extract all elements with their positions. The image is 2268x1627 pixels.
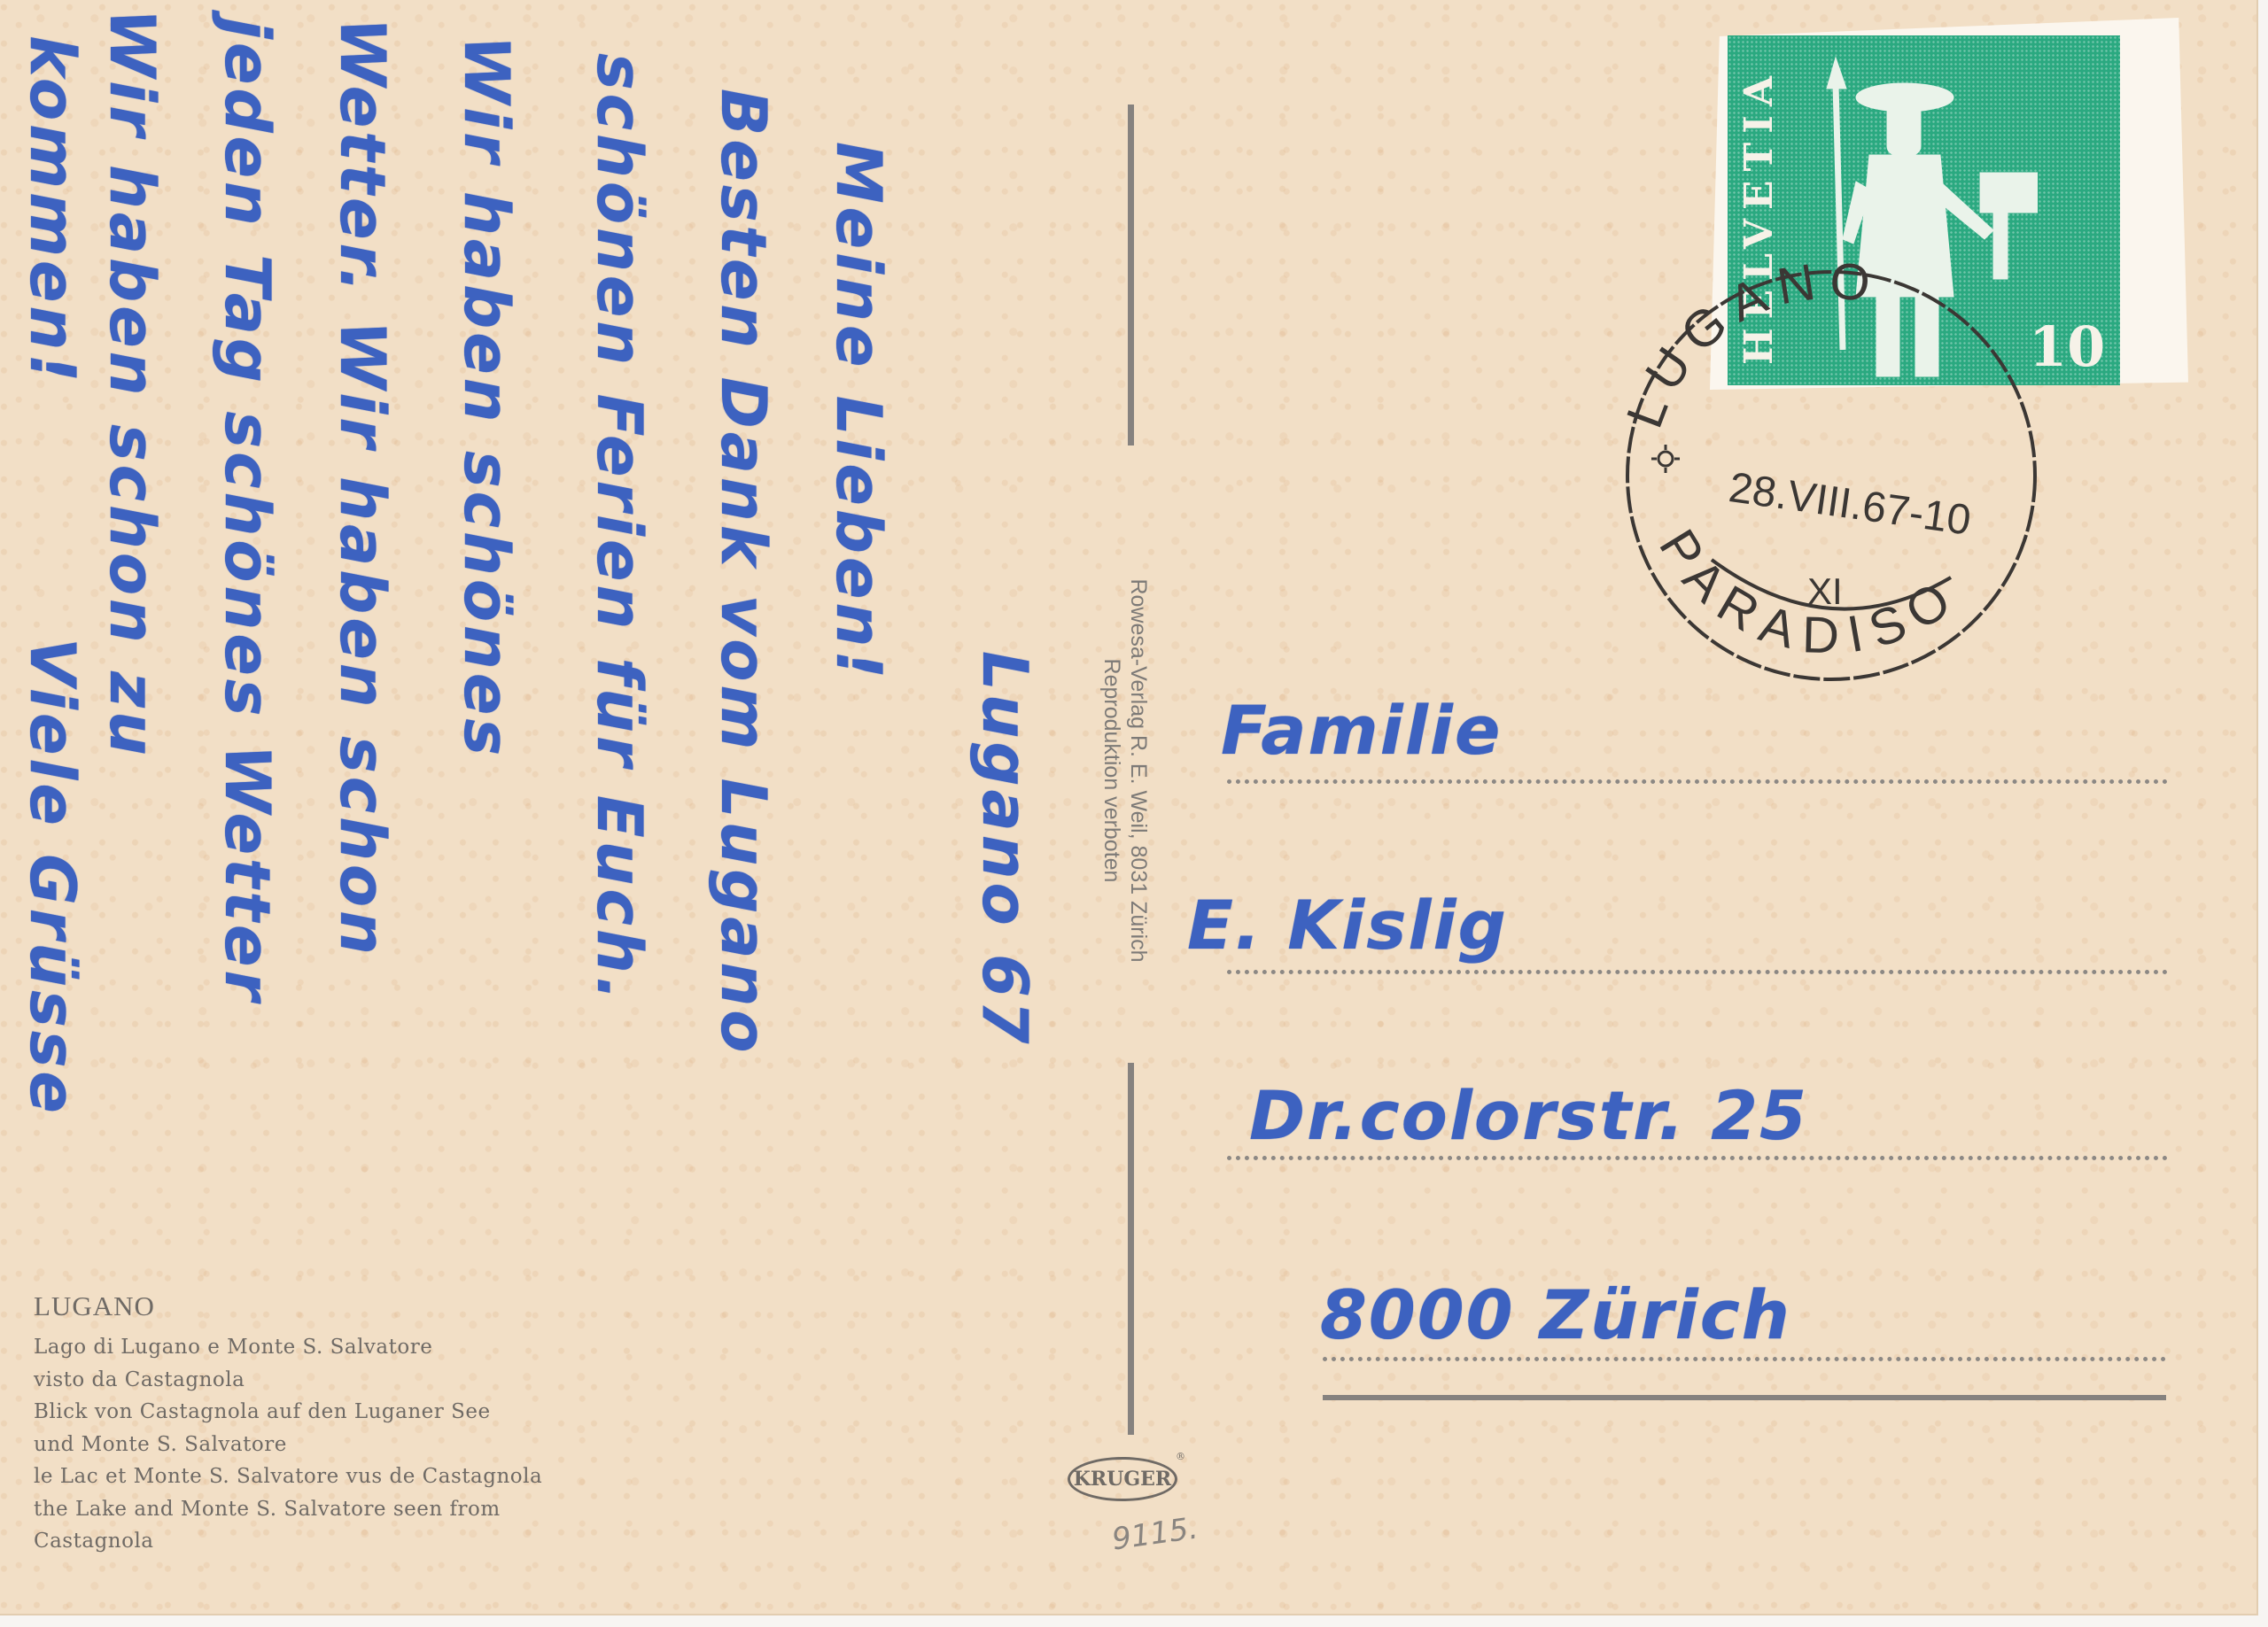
postmark: LUGANO PARADISO 28.VIII.67-10 XI [1614, 259, 2048, 693]
star-icon [1651, 445, 1680, 473]
postmark-date: 28.VIII.67-10 [1726, 464, 1974, 545]
postmark-city: LUGANO [1616, 259, 1884, 436]
message-column: Viele Grüsse [16, 638, 89, 1117]
message-dateline: Lugano 67 [968, 651, 1041, 1048]
publisher-imprint: Rowesa-Verlag R. E. Weil, 8031 Zürich Re… [1081, 461, 1152, 1081]
caption-title: LUGANO [34, 1290, 542, 1322]
caption-line: Blick von Castagnola auf den Luganer See [34, 1396, 542, 1429]
address-street: Dr.colorstr. 25 [1249, 1076, 1808, 1155]
message-column: jeden Tag schönes Wetter [211, 18, 283, 1004]
address-city: 8000 Zürich [1320, 1275, 1791, 1354]
caption-line: le Lac et Monte S. Salvatore vus de Cast… [34, 1460, 542, 1493]
address-name: E. Kislig [1187, 886, 1508, 965]
logo-text: KRUGER [1074, 1468, 1171, 1491]
message-column: Wir haben schon zu [96, 9, 168, 759]
address-line-4 [1323, 1357, 2166, 1361]
address-line-3 [1227, 1156, 2168, 1160]
divider-line-top [1128, 105, 1134, 445]
caption-line: Lago di Lugano e Monte S. Salvatore [34, 1331, 542, 1364]
address-line-1 [1227, 779, 2168, 784]
message-column: Wetter. Wir haben schon [326, 18, 399, 958]
message-column: Meine Lieben! [822, 142, 895, 682]
message-column: Besten Dank vom Lugano [707, 89, 780, 1056]
copyright-line: Reproduktion verboten [1099, 461, 1125, 1081]
message-column: kommen! [16, 35, 89, 385]
publisher-line: Rowesa-Verlag R. E. Weil, 8031 Zürich [1125, 461, 1152, 1081]
picture-caption: LUGANO Lago di Lugano e Monte S. Salvato… [34, 1290, 542, 1558]
message-column: Wir haben schönes [450, 35, 523, 759]
caption-line: the Lake and Monte S. Salvatore seen fro… [34, 1493, 542, 1526]
message-column: schönen Ferien für Euch. [583, 53, 656, 1003]
pencil-note: 9115. [1110, 1510, 1200, 1557]
address-recipient: Familie [1221, 691, 1502, 770]
address-line-2 [1227, 970, 2168, 974]
postcard: Rowesa-Verlag R. E. Weil, 8031 Zürich Re… [0, 0, 2258, 1615]
registered-mark: ® [1176, 1451, 1185, 1462]
caption-line: visto da Castagnola [34, 1364, 542, 1397]
caption-line: und Monte S. Salvatore [34, 1429, 542, 1461]
caption-line: Castagnola [34, 1525, 542, 1558]
address-underline [1323, 1395, 2166, 1400]
kruger-logo: KRUGER ® [1068, 1457, 1177, 1501]
postmark-code: XI [1807, 570, 1843, 612]
divider-line-bottom [1128, 1063, 1134, 1435]
